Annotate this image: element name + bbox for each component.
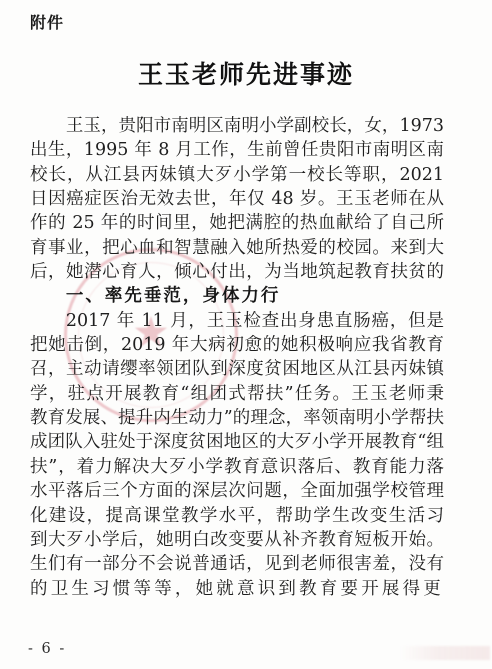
body-line: 后，她潜心育人，倾心付出，为当地筑起教育扶贫的希望之路。 xyxy=(30,260,444,284)
scanned-document-page: 附件 王玉老师先进事迹 ★ 王玉，贵阳市南明区南明小学副校长，女，1973 年 … xyxy=(0,0,492,669)
body-line: 水平落后三个方面的深层次问题，全面加强学校管理和学校文 xyxy=(30,479,444,503)
body-line: 出生，1995 年 8 月工作，生前曾任贵阳市南明区南明小学副 xyxy=(30,138,444,162)
body-line: 2017 年 11 月，王玉检查出身患直肠癌，但是病魔并没有 xyxy=(30,309,444,333)
section-heading: 一、率先垂范，身体力行 xyxy=(30,284,444,308)
body-line: 王玉，贵阳市南明区南明小学副校长，女，1973 年 4 月 xyxy=(30,114,444,138)
body-line: 化建设，提高课堂教学水平，帮助学生改变生活习惯。在进驻 xyxy=(30,504,444,528)
body-line: 把她击倒，2019 年大病初愈的她积极响应我省教育扶贫的号 xyxy=(30,333,444,357)
body-line: 校长，从江县丙妹镇大歹小学第一校长等职，2021 年 1 月 26 xyxy=(30,163,444,187)
scan-artifact-smudge xyxy=(400,646,490,660)
page-number: - 6 - xyxy=(28,641,66,657)
body-line: 生们有一部分不会说普通话，见到老师很害羞，没有养成基本 xyxy=(30,552,444,576)
body-line: 日因癌症医治无效去世，年仅 48 岁。王玉老师在从事教育工 xyxy=(30,187,444,211)
body-line: 学，驻点开展教育“组团式帮扶”任务。王玉老师秉承“支持 xyxy=(30,382,444,406)
body-line: 教育发展、提升内生动力”的理念，率领南明小学帮扶干部组 xyxy=(30,406,444,430)
body-line: 扶”，着力解决大歹小学教育意识落后、教育能力落后、教育 xyxy=(30,455,444,479)
body-line: 到大歹小学后，她明白改变要从补齐教育短板开始。大歹的学 xyxy=(30,528,444,552)
document-title: 王玉老师先进事迹 xyxy=(0,58,492,92)
body-line: 育事业，把心血和智慧融入她所热爱的校园。来到大歹小学之 xyxy=(30,236,444,260)
attachment-label: 附件 xyxy=(30,13,64,33)
body-line: 的卫生习惯等等，她就意识到教育要开展得更加细致更加全 xyxy=(30,577,444,601)
document-body: 王玉，贵阳市南明区南明小学副校长，女，1973 年 4 月 出生，1995 年 … xyxy=(30,114,444,601)
body-line: 成团队入驻处于深度贫困地区的大歹小学开展教育“组团式帮 xyxy=(30,430,444,454)
body-line: 作的 25 年的时间里，她把满腔的热血献给了自己所挚爱的教 xyxy=(30,211,444,235)
body-line: 召，主动请缨率领团队到深度贫困地区从江县丙妹镇大歹小 xyxy=(30,357,444,381)
